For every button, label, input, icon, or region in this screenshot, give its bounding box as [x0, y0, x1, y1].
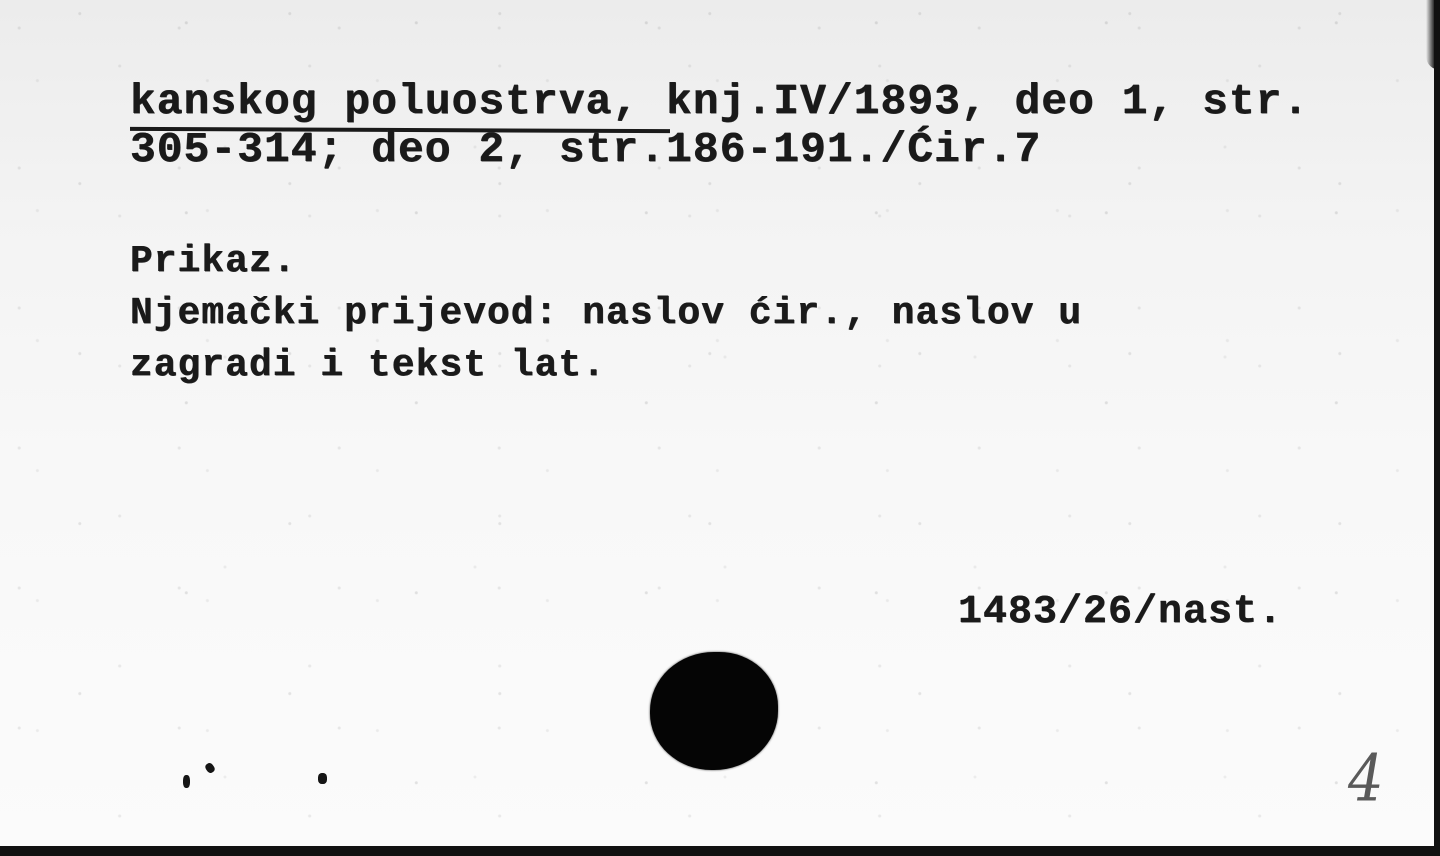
- citation-line-1: kanskog poluostrva, knj.IV/1893, deo 1, …: [130, 78, 1309, 126]
- call-number: 1483/26/nast.: [958, 590, 1283, 636]
- handwritten-number: 4: [1348, 748, 1384, 812]
- card-edge-bottom: [0, 846, 1440, 856]
- ink-mark: [204, 762, 216, 775]
- card-edge-right: [1434, 0, 1440, 856]
- ink-mark: [318, 773, 327, 784]
- catalog-card: kanskog poluostrva, knj.IV/1893, deo 1, …: [0, 0, 1434, 846]
- citation-line-2: 305-314; deo 2, str.186-191./Ćir.7: [130, 126, 1041, 174]
- punch-hole: [650, 652, 778, 770]
- note-type: Prikaz.: [130, 240, 297, 284]
- translation-note-line-2: zagradi i tekst lat.: [130, 344, 606, 388]
- translation-note-line-1: Njemački prijevod: naslov ćir., naslov u: [130, 292, 1082, 336]
- ink-mark: [183, 775, 190, 788]
